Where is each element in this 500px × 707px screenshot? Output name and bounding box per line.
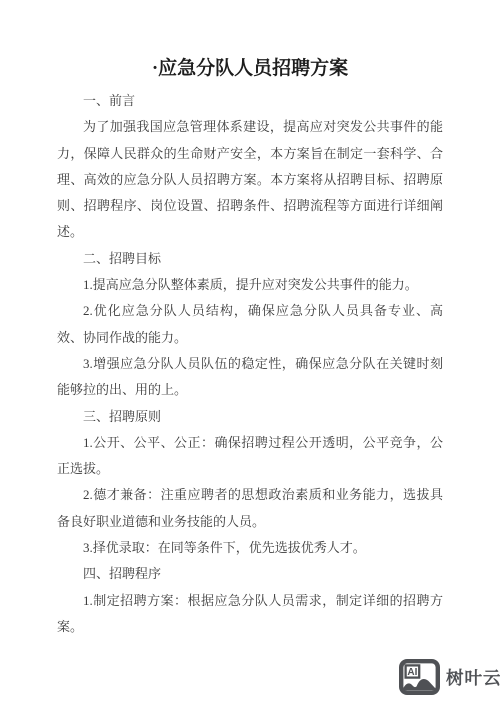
doc-line: 1.制定招聘方案：根据应急分队人员需求，制定详细的招聘方 (57, 588, 443, 614)
doc-line: 能够拉的出、用的上。 (57, 377, 443, 403)
section-heading: 四、招聘程序 (57, 561, 443, 587)
doc-line: 则、招聘程序、岗位设置、招聘条件、招聘流程等方面进行详细阐 (57, 193, 443, 219)
doc-body: 一、前言 为了加强我国应急管理体系建设，提高应对突发公共事件的能 力，保障人民群… (57, 88, 443, 640)
doc-line: 理、高效的应急分队人员招聘方案。本方案将从招聘目标、招聘原 (57, 167, 443, 193)
doc-line: 效、协同作战的能力。 (57, 325, 443, 351)
doc-line: 1.提高应急分队整体素质，提升应对突发公共事件的能力。 (57, 272, 443, 298)
ai-image-logo-icon: AI (399, 659, 440, 695)
doc-line: 备良好职业道德和业务技能的人员。 (57, 509, 443, 535)
section-heading: 二、招聘目标 (57, 246, 443, 272)
doc-line: 力，保障人民群众的生命财产安全，本方案旨在制定一套科学、合 (57, 141, 443, 167)
watermark-brand: AI 树叶云 (399, 659, 500, 695)
document-page: ·应急分队人员招聘方案 一、前言 为了加强我国应急管理体系建设，提高应对突发公共… (0, 0, 500, 707)
doc-line: 2.优化应急分队人员结构，确保应急分队人员具备专业、高 (57, 298, 443, 324)
doc-line: 3.增强应急分队人员队伍的稳定性，确保应急分队在关键时刻 (57, 351, 443, 377)
brand-name: 树叶云 (446, 665, 500, 690)
section-heading: 一、前言 (57, 88, 443, 114)
section-heading: 三、招聘原则 (57, 404, 443, 430)
doc-line: 2.德才兼备：注重应聘者的思想政治素质和业务能力，选拔具 (57, 482, 443, 508)
doc-line: 述。 (57, 219, 443, 245)
doc-line: 3.择优录取：在同等条件下，优先选拔优秀人才。 (57, 535, 443, 561)
ai-badge-text: AI (407, 667, 417, 678)
doc-line: 正选拔。 (57, 456, 443, 482)
doc-line: 案。 (57, 614, 443, 640)
doc-title: ·应急分队人员招聘方案 (0, 0, 500, 83)
doc-line: 为了加强我国应急管理体系建设，提高应对突发公共事件的能 (57, 114, 443, 140)
doc-line: 1.公开、公平、公正：确保招聘过程公开透明，公平竞争，公 (57, 430, 443, 456)
